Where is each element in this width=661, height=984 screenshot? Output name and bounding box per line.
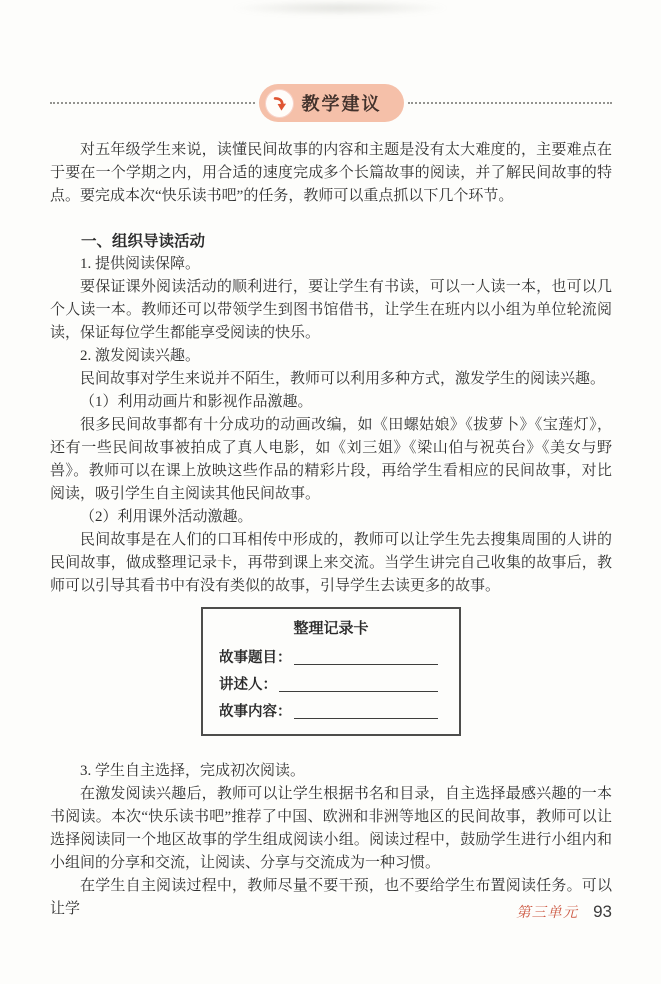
record-card-row: 故事内容： <box>219 704 443 721</box>
paragraph: 在激发阅读兴趣后，教师可以让学生根据书名和目录，自主选择最感兴趣的一本书阅读。本… <box>50 783 612 875</box>
field-label-narrator: 讲述人： <box>219 673 277 694</box>
page-footer: 第三单元 93 <box>516 901 612 922</box>
dotted-rule-right <box>408 102 613 104</box>
paragraph: 很多民间故事都有十分成功的动画改编，如《田螺姑娘》《拔萝卜》《宝莲灯》，还有一些… <box>50 414 612 506</box>
paragraph-subitem-1: （1）利用动画片和影视作品激趣。 <box>50 391 612 414</box>
dotted-rule-left <box>50 102 255 104</box>
record-card-row: 故事题目： <box>219 650 443 667</box>
page-number: 93 <box>593 902 612 922</box>
blank-line <box>279 691 438 692</box>
curved-down-arrow-icon <box>265 89 294 118</box>
textbook-page: 教学建议 对五年级学生来说，读懂民间故事的内容和主题是没有太大难度的，主要难点在… <box>0 0 661 984</box>
paragraph: 民间故事是在人们的口耳相传中形成的，教师可以让学生先去搜集周围的人讲的民间故事，… <box>50 529 612 598</box>
record-card-row: 讲述人： <box>219 677 443 694</box>
field-label-story-title: 故事题目： <box>219 646 292 667</box>
paragraph-item-1: 1. 提供阅读保障。 <box>50 253 612 276</box>
paragraph-item-3: 3. 学生自主选择，完成初次阅读。 <box>50 760 612 783</box>
section-heading: 一、组织导读活动 <box>50 230 612 253</box>
intro-paragraph: 对五年级学生来说，读懂民间故事的内容和主题是没有太大难度的，主要难点在于要在一个… <box>50 139 612 208</box>
badge-label: 教学建议 <box>302 90 382 116</box>
blank-line <box>294 718 439 719</box>
teaching-advice-badge: 教学建议 <box>259 84 404 122</box>
unit-label: 第三单元 <box>516 901 578 922</box>
page-content: 教学建议 对五年级学生来说，读懂民间故事的内容和主题是没有太大难度的，主要难点在… <box>50 84 612 921</box>
record-card-title: 整理记录卡 <box>219 618 443 640</box>
section-header: 教学建议 <box>50 84 612 122</box>
blank-line <box>294 664 439 665</box>
scan-smudge <box>230 0 450 16</box>
paragraph: 要保证课外阅读活动的顺利进行，要让学生有书读，可以一人读一本，也可以几个人读一本… <box>50 276 612 345</box>
paragraph-subitem-2: （2）利用课外活动激趣。 <box>50 506 612 529</box>
paragraph-item-2: 2. 激发阅读兴趣。 <box>50 345 612 368</box>
paragraph: 民间故事对学生来说并不陌生，教师可以利用多种方式，激发学生的阅读兴趣。 <box>50 368 612 391</box>
record-card: 整理记录卡 故事题目： 讲述人： 故事内容： <box>201 607 461 736</box>
field-label-story-content: 故事内容： <box>219 700 292 721</box>
